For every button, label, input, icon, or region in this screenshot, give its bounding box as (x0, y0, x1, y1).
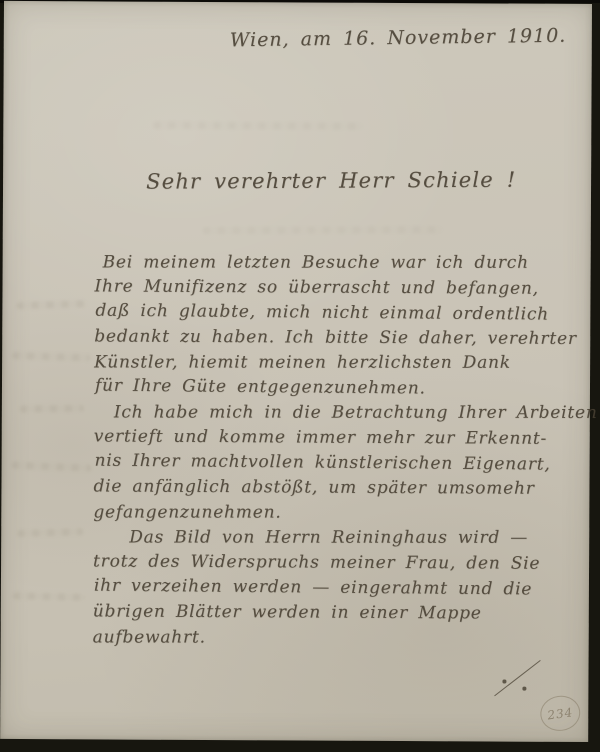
letter-line: nis Ihrer machtvollen künstlerischen Eig… (94, 449, 556, 478)
bleed-through-mark (203, 226, 443, 234)
continuation-mark-dot (522, 687, 526, 691)
letter-line: bedankt zu haben. Ich bitte Sie daher, v… (94, 324, 556, 351)
letter-body: Bei meinem letzten Besuche war ich durch… (93, 249, 557, 651)
letter-line: vertieft und komme immer mehr zur Erkenn… (94, 424, 556, 451)
continuation-mark-stroke (494, 660, 541, 696)
bleed-through-mark (11, 462, 91, 472)
bleed-through-mark (16, 300, 86, 309)
letter-line: Künstler, hiemit meinen herzlichsten Dan… (94, 350, 556, 375)
bleed-through-mark (12, 352, 90, 361)
paragraph: Das Bild von Herrn Reininghaus wird — tr… (93, 524, 556, 651)
letter-line: Das Bild von Herrn Reininghaus wird — (93, 525, 555, 550)
letter-line: die anfänglich abstößt, um später umsome… (93, 474, 555, 501)
letter-line: Ich habe mich in die Betrachtung Ihrer A… (94, 400, 556, 425)
continuation-mark: ./. (486, 655, 548, 701)
letter-line: übrigen Blätter werden in einer Mappe (93, 599, 555, 626)
date-line: Wien, am 16. November 1910. (230, 25, 567, 52)
letter-page: Wien, am 16. November 1910. Sehr verehrt… (0, 1, 592, 742)
salutation: Sehr verehrter Herr Schiele ! (146, 168, 516, 194)
paragraph: Ich habe mich in die Betrachtung Ihrer A… (93, 399, 556, 526)
letter-line: aufbewahrt. (93, 625, 555, 650)
letter-line: Bei meinem letzten Besuche war ich durch (95, 250, 557, 275)
bleed-through-mark (17, 528, 83, 537)
bleed-through-mark (153, 122, 363, 130)
letter-line: Ihre Munifizenz so überrascht und befang… (94, 274, 556, 301)
continuation-mark-dot (502, 680, 506, 684)
bleed-through-mark (20, 405, 84, 413)
page-number-stamp-value: 234 (547, 705, 575, 722)
bleed-through-mark (13, 592, 87, 601)
paragraph: Bei meinem letzten Besuche war ich durch… (94, 249, 557, 401)
letter-line: gefangenzunehmen. (93, 500, 555, 525)
letter-line: daß ich glaubte, mich nicht einmal orden… (95, 299, 557, 328)
letter-line: trotz des Widerspruchs meiner Frau, den … (93, 549, 555, 576)
letter-line: für Ihre Güte entgegenzunehmen. (95, 374, 557, 403)
letter-line: ihr verzeihen werden — eingerahmt und di… (94, 574, 556, 603)
